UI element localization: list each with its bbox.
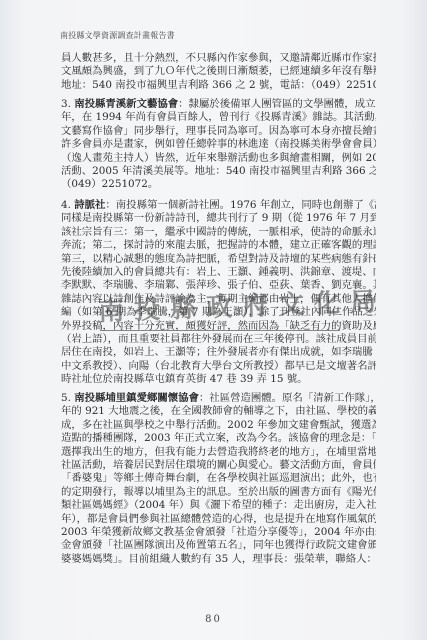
text-line: 4. 詩脈社：南投縣第一個新詩社團。1976 年創立，同時也創辦了《詩脈》雜誌， — [61, 199, 376, 212]
text-line: 年的 921 大地震之後，在全國教師會的輔導之下，由社區、學校的義工媽媽所組 — [61, 405, 376, 418]
text-line: 文風頗為興盛，到了九Ｏ年代之後則日漸頹萎，已經連續多年沒有舉辦活動了。 — [61, 65, 376, 78]
text-line: 時社址位於南投縣草屯鎮育英街 47 巷 39 弄 15 號。 — [61, 373, 376, 386]
text-line: 年），都是會員們參與社區總體營造的心得，也是提升在地寫作風氣的成果展現。 — [61, 513, 376, 526]
text-line: 地址：540 南投市福興里吉利路 366 之 2 號，電話：（049）22510… — [61, 79, 376, 92]
list-item-5: 5. 南投縣埔里鎮愛鄉關懷協會：社區營造團體。原名「清新工作隊」，是在 1999… — [61, 392, 376, 566]
text-line: 同樣是南投縣第一份新詩詩刊，總共刊行了 9 期（從 1976 年 7 月到 19… — [61, 212, 376, 225]
item-number: 5. — [61, 392, 71, 404]
item-number: 4. — [61, 199, 71, 211]
text-line: 居住在南投，如岩上、王灝等；往外發展者亦有傑出成就，如李瑞騰（中央大學 — [61, 346, 376, 359]
text-line: 該社宗旨有三：第一，繼承中國詩的傳統，一脈相承，使詩的命脈永遠律動綿延 — [61, 226, 376, 239]
item-number: 3. — [61, 98, 71, 110]
text-line: 許多會員亦是畫家，例如曾任總幹事的林進達（南投縣美術學會會員）、許合和 — [61, 138, 376, 151]
text-line: 第三，以精心誠懇的態度為詩把脈，希望對詩及詩壇的某些病態有針砭的作用。 — [61, 253, 376, 266]
item-text: ：隸屬於後備軍人團管區的文學團體，成立於 1984 — [178, 98, 376, 110]
item-text: ：南投縣第一個新詩社團。1976 年創立，同時也創辦了《詩脈》雜誌， — [105, 199, 376, 211]
text-line: 類社區媽媽經》（2004 年）與《灑下希望的種子：走出廚房，走入社區》（2005 — [61, 499, 376, 512]
text-line: 造點的播種團隊，2003 年正式立案，改為今名。該協會的理念是：「我沒有能力 — [61, 432, 376, 445]
text-line: 奔流；第二，探討詩的來龍去脈，把握詩的本體，建立正確客觀的理論批評根據； — [61, 239, 376, 252]
item-text: ：社區營造團體。原名「清新工作隊」，是在 1999 — [199, 392, 376, 404]
text-line: 的定期發行，報導以埔里為主的訊息。至於出版的圖書方面有《陽光俏圍裙：另 — [61, 486, 376, 499]
text-line: 社區活動，培養居民對居住環境的關心與愛心。藝文活動方面，會員們曾經排演 — [61, 459, 376, 472]
running-header: 南投縣文學資源調查計畫報告書 — [60, 30, 175, 41]
text-line: 員人數甚多，且十分熱烈，不只縣內作家參與，又邀請鄰近縣市作家授課，一時 — [61, 52, 376, 65]
text-line: 年，在 1994 年尚有會員百餘人，曾刊行《投縣青溪》雜誌。其活動與「南投縣 — [61, 111, 376, 124]
item-title: 南投縣青溪新文藝協會 — [74, 98, 178, 110]
text-line: 活動、2005 年清溪美展等。地址：540 南投市福興里吉利路 366 之 2 … — [61, 165, 376, 178]
item-title: 南投縣埔里鎮愛鄉關懷協會 — [74, 392, 199, 404]
list-item-3: 3. 南投縣青溪新文藝協會：隸屬於後備軍人團管區的文學團體，成立於 1984 年… — [61, 98, 376, 192]
text-line: 文藝寫作協會」同步舉行，理事長同為寧可。因為寧可本身亦擅長繪畫，該協會 — [61, 125, 376, 138]
underline-mark — [100, 330, 340, 331]
text-line: 成，多在社區與學校之中舉行活動。2002 年參加文建會甄試，獲選為社區總體營 — [61, 419, 376, 432]
text-line: 先後陸續加入的會員總共有：岩上、王灝、鍾義明、洪錦章、渡堤、向陽、老六、 — [61, 266, 376, 279]
text-line: 選擇我出生的地方，但我有能力去營造我將終老的地方」，在埔里當地積極推動 — [61, 446, 376, 459]
paragraph-continuation: 員人數甚多，且十分熱烈，不只縣內作家參與，又邀請鄰近縣市作家授課，一時 文風頗為… — [61, 52, 376, 92]
text-line: 婆婆媽媽獎」。目前組織人數約有 35 人，理事長：張榮華，聯絡人：張榮華、余 — [61, 553, 376, 566]
text-line: （049）2251072。 — [61, 178, 376, 191]
text-line: 2003 年榮獲新故鄉文教基金會頒發「社造分享優等」，2004 年亦由新故鄉文教… — [61, 526, 376, 539]
page-number: 80 — [0, 614, 427, 625]
text-line: 5. 南投縣埔里鎮愛鄉關懷協會：社區營造團體。原名「清新工作隊」，是在 1999 — [61, 392, 376, 405]
text-line: 3. 南投縣青溪新文藝協會：隸屬於後備軍人團管區的文學團體，成立於 1984 — [61, 98, 376, 111]
item-title: 詩脈社 — [74, 199, 105, 211]
text-line: 「番婆鬼」等鄉土傳奇舞台劇，在各學校與社區巡迴演出；此外，也有《社區報》 — [61, 472, 376, 485]
text-line: （逸人畫苑主持人）皆然，近年來舉辦活動也多與繪畫相關，例如 2004 年寫生 — [61, 152, 376, 165]
text-line: 金會頒發「社區團隊演出及佈置第五名」，同年也獲得行政院文建會頒發「最佳 — [61, 539, 376, 552]
text-line: （岩上語），而且重要社員都往外發展而在三年後停刊。該社成員目前有不少仍 — [61, 333, 376, 346]
text-line: 中文系教授）、向陽（台北教育大學台文所教授）都早已是文壇著名評論家。當 — [61, 360, 376, 373]
document-page: 南投縣文學資源調查計畫報告書 員人數甚多，且十分熱烈，不只縣內作家參與，又邀請鄰… — [0, 0, 427, 640]
